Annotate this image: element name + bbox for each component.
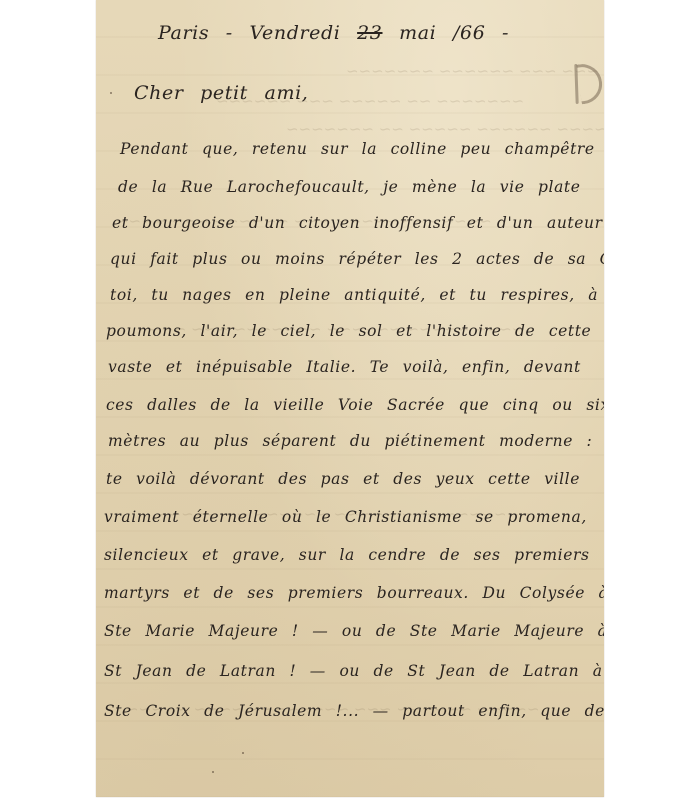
body-line: poumons, l'air, le ciel, le sol et l'his… — [106, 322, 591, 340]
body-line: martyrs et de ses premiers bourreaux. Du… — [104, 584, 604, 602]
body-line: te voilà dévorant des pas et des yeux ce… — [106, 470, 580, 488]
bleed-through-text: ~~~~~ ~~~~~~ ~~~~~ ~~ ~~~~~~~ — [286, 120, 604, 138]
salutation: Cher petit ami, — [134, 82, 308, 104]
dateline-struck-date: 23 — [357, 22, 382, 44]
body-line: toi, tu nages en pleine antiquité, et tu… — [110, 286, 604, 304]
body-line: St Jean de Latran ! — ou de St Jean de L… — [104, 662, 603, 680]
letter-dateline: Paris - Vendredi 23 mai /66 - — [158, 22, 509, 44]
letter-page: ~~~ ~~~ ~~~~~~ ~~~~~~~ ~~~~~~~ ~~ ~~~~~ … — [96, 0, 604, 797]
body-line: vraiment éternelle où le Christianisme s… — [104, 508, 587, 526]
paper-speck — [242, 752, 244, 754]
body-line: Ste Croix de Jérusalem !... — partout en… — [104, 702, 604, 720]
body-line: qui fait plus ou moins répéter les 2 act… — [110, 250, 604, 268]
body-line: mètres au plus séparent du piétinement m… — [108, 432, 592, 450]
body-line: Ste Marie Majeure ! — ou de Ste Marie Ma… — [104, 622, 604, 640]
body-line: Pendant que, retenu sur la colline peu c… — [120, 140, 595, 158]
dateline-month-year: mai /66 - — [399, 22, 509, 44]
body-line: ces dalles de la vieille Voie Sacrée que… — [106, 396, 604, 414]
body-line: de la Rue Larochefoucault, je mène la vi… — [118, 178, 581, 196]
archive-stamp-d — [576, 62, 604, 105]
dateline-place: Paris - — [158, 22, 233, 44]
bleed-through-text: ~~~ ~~~ ~~~~~~ ~~~~~~~ — [346, 62, 599, 80]
body-line: et bourgeoise d'un citoyen inoffensif et… — [112, 214, 603, 232]
body-line: silencieux et grave, sur la cendre de se… — [104, 546, 590, 564]
dateline-day: Vendredi — [249, 22, 340, 44]
paper-speck — [212, 771, 214, 773]
paper-speck — [110, 92, 112, 94]
body-line: vaste et inépuisable Italie. Te voilà, e… — [108, 358, 581, 376]
